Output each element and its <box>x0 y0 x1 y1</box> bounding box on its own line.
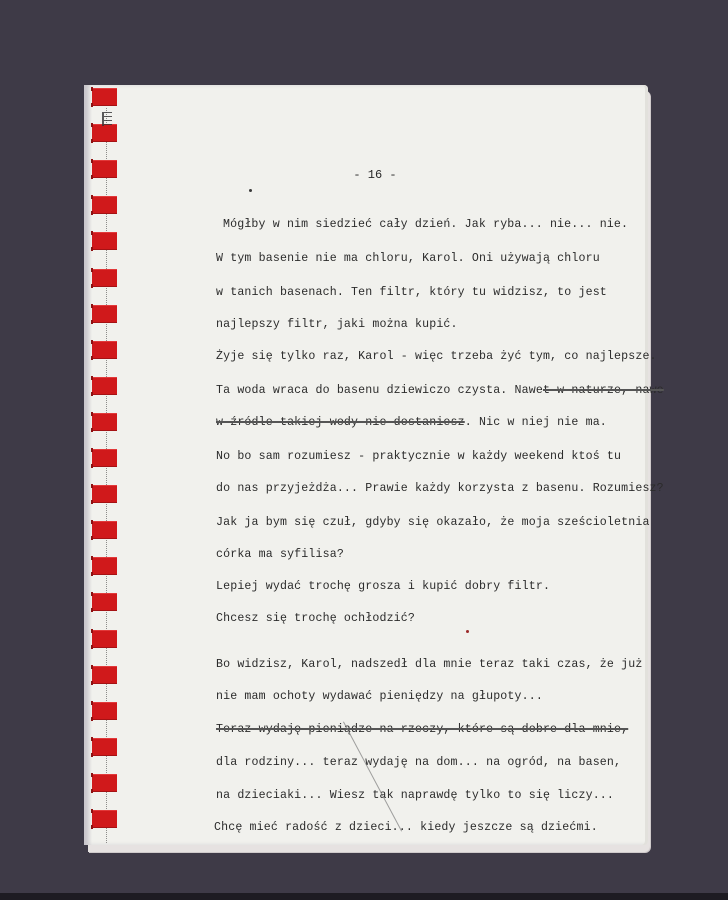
text-line: W tym basenie nie ma chloru, Karol. Oni … <box>216 252 600 265</box>
binding-coil <box>92 377 117 395</box>
text-line: Jak ja bym się czuł, gdyby się okazało, … <box>216 516 650 529</box>
binding-coil <box>92 702 117 720</box>
binding-coil <box>92 305 117 323</box>
binding-coil <box>92 124 117 142</box>
text-line: w tanich basenach. Ten filtr, który tu w… <box>216 286 607 299</box>
binding-coil <box>92 485 117 503</box>
text-line: córka ma syfilisa? <box>216 548 344 561</box>
text-line: Bo widzisz, Karol, nadszedł dla mnie ter… <box>216 658 642 671</box>
binding-coil <box>92 341 117 359</box>
ink-speck <box>466 630 469 633</box>
binding-coil <box>92 232 117 250</box>
binding-coil <box>92 269 117 287</box>
text-line: najlepszy filtr, jaki można kupić. <box>216 318 458 331</box>
binding-wire <box>106 108 107 843</box>
binding-coil <box>92 449 117 467</box>
text-line: w źródle takiej wody nie dostaniesz. Nic… <box>216 416 607 429</box>
scanner-bed-edge <box>0 893 728 900</box>
text-line: do nas przyjeżdża... Prawie każdy korzys… <box>216 482 664 495</box>
binding-coil <box>92 521 117 539</box>
text-line: No bo sam rozumiesz - praktycznie w każd… <box>216 450 621 463</box>
struck-through-text: Teraz wydaję pieniądze na rzeczy, które … <box>216 723 628 736</box>
binding-coil <box>92 413 117 431</box>
struck-through-text: t w naturze, nawe <box>543 384 664 397</box>
binding-clip-icon <box>102 112 112 126</box>
text-line: nie mam ochoty wydawać pieniędzy na głup… <box>216 690 543 703</box>
text-segment: . Nic w niej nie ma. <box>465 416 607 429</box>
text-line: na dzieciaki... Wiesz tak naprawdę tylko… <box>216 789 614 802</box>
struck-through-text: w źródle takiej wody nie dostaniesz <box>216 416 465 429</box>
binding-coil <box>92 196 117 214</box>
text-line: Ta woda wraca do basenu dziewiczo czysta… <box>216 384 664 397</box>
binding-coil <box>92 774 117 792</box>
spiral-binding <box>92 88 118 848</box>
binding-coil <box>92 593 117 611</box>
binding-coil <box>92 160 117 178</box>
text-line: Żyje się tylko raz, Karol - więc trzeba … <box>216 350 657 363</box>
text-segment: Ta woda wraca do basenu dziewiczo czysta… <box>216 384 543 397</box>
text-line: Chcesz się trochę ochłodzić? <box>216 612 415 625</box>
text-line: Chcę mieć radość z dzieci... kiedy jeszc… <box>214 821 598 834</box>
page-number: - 16 - <box>340 168 410 182</box>
text-line: dla rodziny... teraz wydaję na dom... na… <box>216 756 621 769</box>
text-line: Mógłby w nim siedzieć cały dzień. Jak ry… <box>223 218 628 231</box>
ink-speck <box>249 189 252 192</box>
text-line: Teraz wydaję pieniądze na rzeczy, które … <box>216 723 628 736</box>
text-line: Lepiej wydać trochę grosza i kupić dobry… <box>216 580 550 593</box>
binding-coil <box>92 557 117 575</box>
binding-coil <box>92 88 117 106</box>
binding-coil <box>92 738 117 756</box>
binding-coil <box>92 630 117 648</box>
binding-coil <box>92 666 117 684</box>
binding-coil <box>92 810 117 828</box>
